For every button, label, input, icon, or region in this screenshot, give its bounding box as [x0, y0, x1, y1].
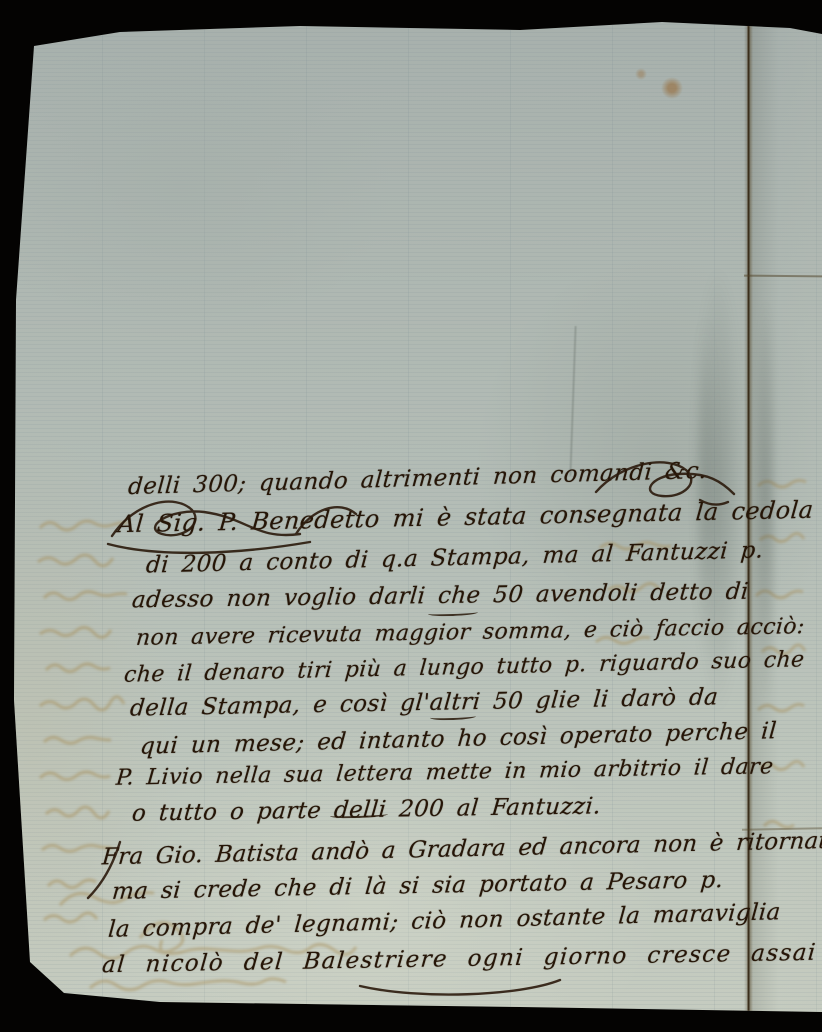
ink-flourish-layer: [0, 0, 822, 1032]
manuscript-scan: { "scan": { "colors": { "background": "#…: [0, 0, 822, 1032]
paper-sheet: delli 300; quando altrimenti non comandi…: [0, 0, 822, 1032]
